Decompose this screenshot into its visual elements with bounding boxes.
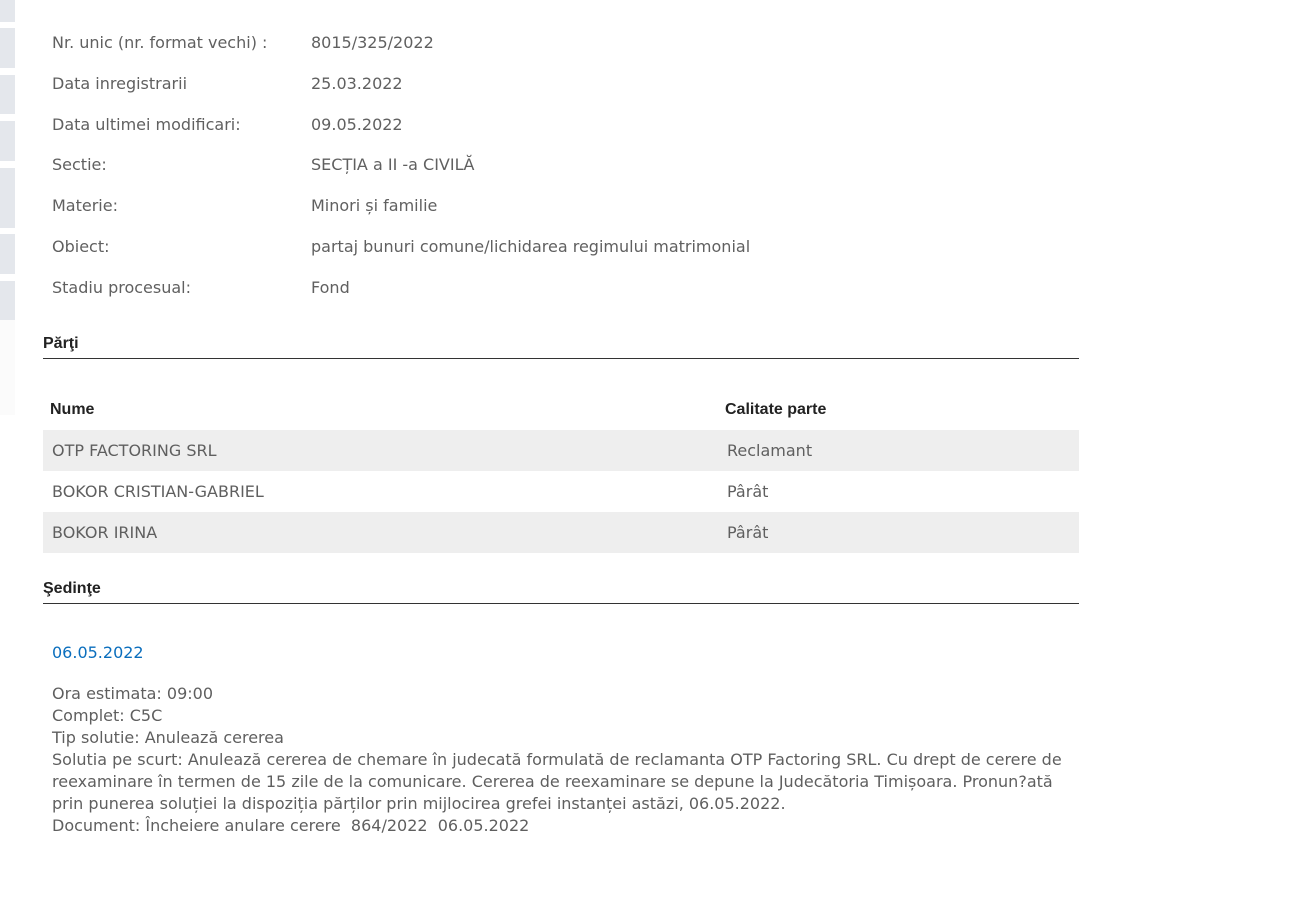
column-header-nume: Nume xyxy=(43,389,718,430)
sidebar-block[interactable] xyxy=(0,75,15,114)
sedinta-document: Document: Încheiere anulare cerere 864/2… xyxy=(52,815,1072,837)
table-row: OTP FACTORING SRL Reclamant xyxy=(43,430,1079,471)
sedinta-tip-solutie: Tip solutie: Anulează cererea xyxy=(52,727,1072,749)
table-header-row: Nume Calitate parte xyxy=(43,389,1079,430)
table-row: BOKOR CRISTIAN-GABRIEL Pârât xyxy=(43,471,1079,512)
party-name: BOKOR IRINA xyxy=(43,512,718,553)
party-role: Pârât xyxy=(718,512,1079,553)
sedinta-ora: Ora estimata: 09:00 xyxy=(52,683,1072,705)
parti-table: Nume Calitate parte OTP FACTORING SRL Re… xyxy=(43,389,1079,553)
section-title-parti: Părţi xyxy=(43,335,1079,359)
party-role: Pârât xyxy=(718,471,1079,512)
sidebar-block xyxy=(0,320,15,415)
field-value: 25.03.2022 xyxy=(311,74,403,94)
field-label: Obiect: xyxy=(52,237,110,257)
section-title-text: Părţi xyxy=(43,335,79,353)
sidebar-block[interactable] xyxy=(0,28,15,68)
left-sidebar-strip xyxy=(0,0,15,420)
field-label: Stadiu procesual: xyxy=(52,278,191,298)
field-label: Data inregistrarii xyxy=(52,74,187,94)
field-value: Fond xyxy=(311,278,350,298)
column-header-calitate: Calitate parte xyxy=(718,389,1079,430)
party-name: BOKOR CRISTIAN-GABRIEL xyxy=(43,471,718,512)
field-value: 8015/325/2022 xyxy=(311,33,434,53)
sidebar-block[interactable] xyxy=(0,121,15,161)
party-name: OTP FACTORING SRL xyxy=(43,430,718,471)
section-title-sedinte: Şedinţe xyxy=(43,580,1079,604)
party-role: Reclamant xyxy=(718,430,1079,471)
sedinta-solutie-scurt: Solutia pe scurt: Anulează cererea de ch… xyxy=(52,749,1072,815)
sidebar-block[interactable] xyxy=(0,234,15,274)
sedinta-date-link[interactable]: 06.05.2022 xyxy=(52,643,144,662)
field-value: partaj bunuri comune/lichidarea regimulu… xyxy=(311,237,750,257)
field-label: Sectie: xyxy=(52,155,107,175)
sidebar-block[interactable] xyxy=(0,281,15,320)
sedinta-complet: Complet: C5C xyxy=(52,705,1072,727)
sidebar-block[interactable] xyxy=(0,0,15,22)
field-label: Materie: xyxy=(52,196,118,216)
field-value: SECȚIA a II -a CIVILĂ xyxy=(311,155,474,175)
table-row: BOKOR IRINA Pârât xyxy=(43,512,1079,553)
section-title-text: Şedinţe xyxy=(43,580,101,598)
field-label: Nr. unic (nr. format vechi) : xyxy=(52,33,267,53)
field-value: 09.05.2022 xyxy=(311,115,403,135)
sidebar-block[interactable] xyxy=(0,168,15,228)
sedinta-details: Ora estimata: 09:00 Complet: C5C Tip sol… xyxy=(52,683,1072,837)
field-value: Minori și familie xyxy=(311,196,437,216)
field-label: Data ultimei modificari: xyxy=(52,115,241,135)
